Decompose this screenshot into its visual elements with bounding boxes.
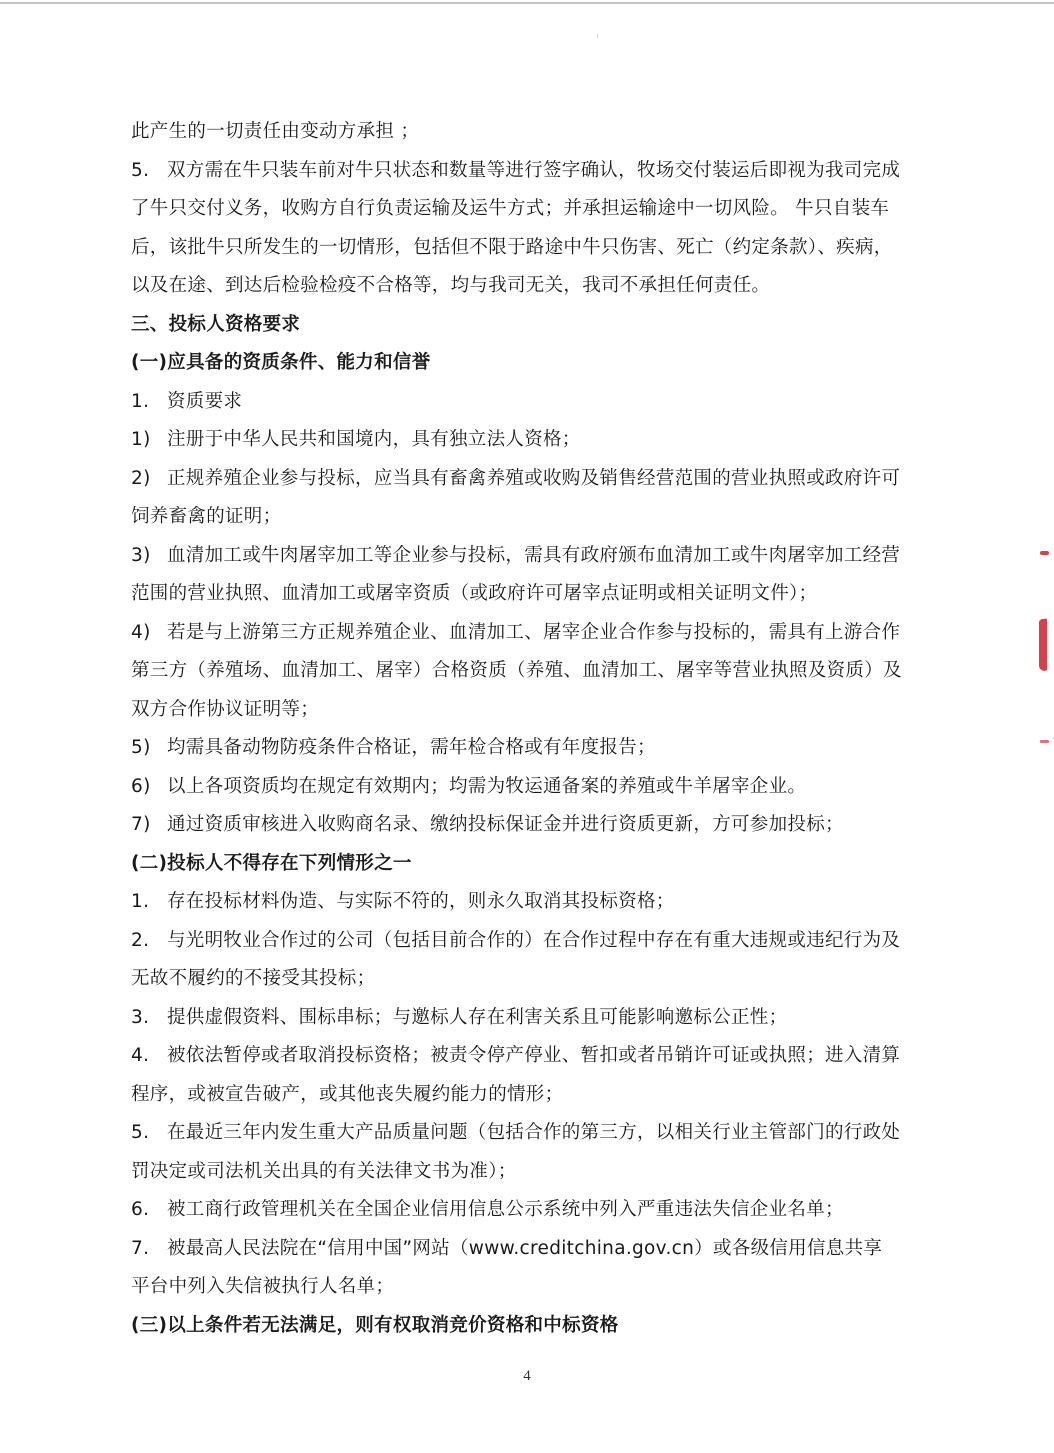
- line-text: 在最近三年内发生重大产品质量问题（包括合作的第三方，以相关行业主管部门的行政处: [167, 1122, 900, 1143]
- line-text: 第三方（养殖场、血清加工、屠宰）合格资质（养殖、血清加工、屠宰等营业执照及资质）…: [131, 660, 902, 681]
- line-text: 与光明牧业合作过的公司（包括目前合作的）在合作过程中存在有重大违规或违纪行为及: [167, 930, 900, 951]
- doc-line-24: 3.提供虚假资料、围标串标；与邀标人存在利害关系且可能影响邀标公正性；: [131, 1002, 921, 1041]
- heading-text: (三)以上条件若无法满足，则有权取消竞价资格和中标资格: [131, 1315, 619, 1336]
- line-text: 后，该批牛只所发生的一切情形，包括但不限于路途中牛只伤害、死亡（约定条款）、疾病…: [131, 237, 893, 258]
- line-number: 4): [131, 617, 167, 649]
- line-text: 以上各项资质均在规定有效期内；均需为牧运通备案的养殖或牛羊屠宰企业。: [167, 776, 806, 797]
- line-text: 此产生的一切责任由变动方承担 ；: [131, 121, 419, 142]
- line-text: 被依法暂停或者取消投标资格；被责令停产停业、暂扣或者吊销许可证或执照；进入清算: [167, 1045, 900, 1066]
- line-text: 罚决定或司法机关出具的有关法律文书为准）；: [131, 1161, 517, 1182]
- doc-line-13: 范围的营业执照、血清加工或屠宰资质（或政府许可屠宰点证明或相关证明文件）；: [131, 578, 921, 617]
- doc-line-25: 4.被依法暂停或者取消投标资格；被责令停产停业、暂扣或者吊销许可证或执照；进入清…: [131, 1040, 921, 1079]
- seal-stamp-fragment-icon: [1040, 551, 1049, 555]
- document-page-body: 此产生的一切责任由变动方承担 ； 5.双方需在牛只装车前对牛只状态和数量等进行签…: [131, 116, 921, 1348]
- line-text: 平台中列入失信被执行人名单；: [131, 1276, 394, 1297]
- heading-text: 三、投标人资格要求: [131, 314, 300, 335]
- doc-line-23: 无故不履约的不接受其投标；: [131, 963, 921, 1002]
- line-text: 通过资质审核进入收购商名录、缴纳投标保证金并进行资质更新，方可参加投标；: [167, 814, 844, 835]
- doc-line-31: 平台中列入失信被执行人名单；: [131, 1271, 921, 1310]
- line-number: 2.: [131, 925, 167, 957]
- line-number: 7): [131, 809, 167, 841]
- doc-line-16: 双方合作协议证明等；: [131, 694, 921, 733]
- line-text: 无故不履约的不接受其投标；: [131, 968, 375, 989]
- line-text: 提供虚假资料、围标串标；与邀标人存在利害关系且可能影响邀标公正性；: [167, 1007, 787, 1028]
- line-number: 1.: [131, 886, 167, 918]
- line-text: 程序，或被宣告破产，或其他丧失履约能力的情形；: [131, 1084, 563, 1105]
- section-heading-3: 三、投标人资格要求: [131, 309, 921, 348]
- doc-line-9: 1)注册于中华人民共和国境内，具有独立法人资格；: [131, 424, 921, 463]
- line-text: 范围的营业执照、血清加工或屠宰资质（或政府许可屠宰点证明或相关证明文件）；: [131, 583, 817, 604]
- line-number: 5.: [131, 1117, 167, 1149]
- line-text: 均需具备动物防疫条件合格证，需年检合格或有年度报告；: [167, 737, 656, 758]
- doc-line-30: 7.被最高人民法院在“信用中国”网站（www.creditchina.gov.c…: [131, 1233, 921, 1272]
- doc-line-18: 6)以上各项资质均在规定有效期内；均需为牧运通备案的养殖或牛羊屠宰企业。: [131, 771, 921, 810]
- doc-line-14: 4)若是与上游第三方正规养殖企业、血清加工、屠宰企业合作参与投标的，需具有上游合…: [131, 617, 921, 656]
- subsection-heading-2: (二)投标人不得存在下列情形之一: [131, 848, 921, 887]
- doc-line-11: 饲养畜禽的证明；: [131, 501, 921, 540]
- line-text: 若是与上游第三方正规养殖企业、血清加工、屠宰企业合作参与投标的，需具有上游合作: [167, 622, 900, 643]
- line-text: 被最高人民法院在“信用中国”网站（www.creditchina.gov.cn）…: [167, 1238, 882, 1259]
- line-text: 以及在途、到达后检验检疫不合格等，均与我司无关，我司不承担任何责任。: [131, 275, 770, 296]
- line-number: 2): [131, 463, 167, 495]
- line-text: 被工商行政管理机关在全国企业信用信息公示系统中列入严重违法失信企业名单；: [167, 1199, 844, 1220]
- line-number: 6): [131, 771, 167, 803]
- line-number: 3): [131, 540, 167, 572]
- doc-line-10: 2)正规养殖企业参与投标，应当具有畜禽养殖或收购及销售经营范围的营业执照或政府许…: [131, 463, 921, 502]
- doc-line-12: 3)血清加工或牛肉屠宰加工等企业参与投标，需具有政府颁布血清加工或牛肉屠宰加工经…: [131, 540, 921, 579]
- line-number: 4.: [131, 1040, 167, 1072]
- page-number: 4: [0, 1368, 1054, 1385]
- doc-line-22: 2.与光明牧业合作过的公司（包括目前合作的）在合作过程中存在有重大违规或违纪行为…: [131, 925, 921, 964]
- top-border-line: [0, 2, 1054, 4]
- line-text: 双方合作协议证明等；: [131, 699, 319, 720]
- line-number: 7.: [131, 1233, 167, 1265]
- line-number: 1): [131, 424, 167, 456]
- line-number: 6.: [131, 1194, 167, 1226]
- line-text: 存在投标材料伪造、与实际不符的，则永久取消其投标资格；: [167, 891, 675, 912]
- line-text: 资质要求: [167, 391, 242, 412]
- line-text: 注册于中华人民共和国境内，具有独立法人资格；: [167, 429, 581, 450]
- doc-line-21: 1.存在投标材料伪造、与实际不符的，则永久取消其投标资格；: [131, 886, 921, 925]
- heading-text: (一)应具备的资质条件、能力和信誉: [131, 352, 431, 373]
- doc-line-26: 程序，或被宣告破产，或其他丧失履约能力的情形；: [131, 1079, 921, 1118]
- doc-line-17: 5)均需具备动物防疫条件合格证，需年检合格或有年度报告；: [131, 732, 921, 771]
- doc-line-28: 罚决定或司法机关出具的有关法律文书为准）；: [131, 1156, 921, 1195]
- doc-line-19: 7)通过资质审核进入收购商名录、缴纳投标保证金并进行资质更新，方可参加投标；: [131, 809, 921, 848]
- line-text: 双方需在牛只装车前对牛只状态和数量等进行签字确认，牧场交付装运后即视为我司完成: [167, 160, 900, 181]
- doc-line-15: 第三方（养殖场、血清加工、屠宰）合格资质（养殖、血清加工、屠宰等营业执照及资质）…: [131, 655, 921, 694]
- seal-stamp-fragment-icon: [1039, 619, 1047, 672]
- doc-line-3: 了牛只交付义务，收购方自行负责运输及运牛方式；并承担运输途中一切风险。 牛只自装…: [131, 193, 921, 232]
- heading-text: (二)投标人不得存在下列情形之一: [131, 853, 412, 874]
- line-number: 5): [131, 732, 167, 764]
- doc-line-8: 1.资质要求: [131, 386, 921, 425]
- doc-line-1: 此产生的一切责任由变动方承担 ；: [131, 116, 921, 155]
- line-number: 1.: [131, 386, 167, 418]
- scan-speck: [597, 34, 598, 38]
- line-text: 正规养殖企业参与投标，应当具有畜禽养殖或收购及销售经营范围的营业执照或政府许可: [167, 468, 900, 489]
- doc-line-29: 6.被工商行政管理机关在全国企业信用信息公示系统中列入严重违法失信企业名单；: [131, 1194, 921, 1233]
- seal-stamp-fragment-icon: [1040, 740, 1049, 743]
- subsection-heading-1: (一)应具备的资质条件、能力和信誉: [131, 347, 921, 386]
- doc-line-4: 后，该批牛只所发生的一切情形，包括但不限于路途中牛只伤害、死亡（约定条款）、疾病…: [131, 232, 921, 271]
- doc-line-5: 以及在途、到达后检验检疫不合格等，均与我司无关，我司不承担任何责任。: [131, 270, 921, 309]
- line-number: 3.: [131, 1002, 167, 1034]
- line-text: 了牛只交付义务，收购方自行负责运输及运牛方式；并承担运输途中一切风险。 牛只自装…: [131, 198, 889, 219]
- line-number: 5.: [131, 155, 167, 187]
- doc-line-27: 5.在最近三年内发生重大产品质量问题（包括合作的第三方，以相关行业主管部门的行政…: [131, 1117, 921, 1156]
- line-text: 血清加工或牛肉屠宰加工等企业参与投标，需具有政府颁布血清加工或牛肉屠宰加工经营: [167, 545, 900, 566]
- subsection-heading-3: (三)以上条件若无法满足，则有权取消竞价资格和中标资格: [131, 1310, 921, 1349]
- line-text: 饲养畜禽的证明；: [131, 506, 281, 527]
- doc-line-2: 5.双方需在牛只装车前对牛只状态和数量等进行签字确认，牧场交付装运后即视为我司完…: [131, 155, 921, 194]
